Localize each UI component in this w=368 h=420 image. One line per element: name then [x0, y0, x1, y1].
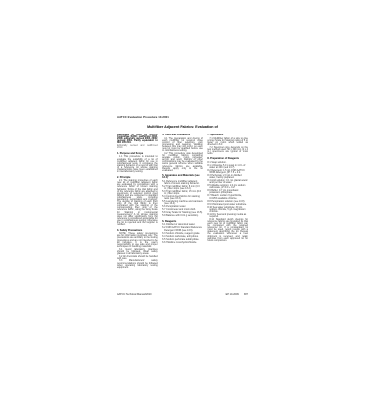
footer-right-group: EP 10-2009 387: [226, 294, 248, 297]
page-title: Multifiber Adjacent Fabrics: Evaluation …: [117, 125, 248, 129]
column-1: Developed in 2000 by AATCC Committee RA3…: [117, 134, 158, 284]
paragraph: 8.12 Standard depth dyeings for referenc…: [207, 219, 248, 242]
columns: Developed in 2000 by AATCC Committee RA3…: [117, 134, 248, 284]
list-item: 6.6 Histidine monohydrochloride.: [162, 242, 203, 244]
column-3: 7. Specimens7.1 Multifiber fabric of a s…: [207, 134, 248, 284]
paragraph: 2.1 The staining properties of each new …: [117, 180, 158, 226]
paragraph: 4.1 The preparation and dyeing of each m…: [162, 138, 203, 153]
paragraph: 1.1 This procedure is intended to evalua…: [117, 156, 158, 173]
list-item: 5.9 Balance with 0.01 g sensitivity.: [162, 215, 203, 217]
document-page: AATCC Evaluation Procedure 10-2001 Multi…: [117, 112, 248, 299]
document-reference-header: AATCC Evaluation Procedure 10-2001: [117, 116, 248, 119]
section-heading: 7. Specimens: [207, 134, 248, 136]
page-number: 387: [244, 294, 248, 297]
paragraph: 3.3 Manufacturers' safety recommendation…: [117, 260, 158, 268]
paragraph: 7.2 Specimen size depends on the test me…: [207, 147, 248, 155]
footer-document-ref: EP 10-2009: [226, 294, 239, 297]
page-footer: AATCC Technical Manual/2010 EP 10-2009 3…: [117, 294, 248, 297]
screenshot-canvas: AATCC Evaluation Procedure 10-2001 Multi…: [0, 0, 368, 420]
footer-manual-label: AATCC Technical Manual/2010: [117, 294, 152, 297]
history-note: Editorially revised and reaffirmed 2010.: [117, 145, 158, 149]
column-2: 4. Uses and Limitations4.1 The preparati…: [162, 134, 203, 284]
paragraph: 7.1 Multifiber fabric of a size to give …: [207, 138, 248, 146]
paragraph: NOTE: These safety precautions are for i…: [117, 233, 158, 248]
list-item: 8.10 Sea water substitute: 30 g/L sodium…: [207, 207, 248, 213]
paragraph: 4.2 This procedure was developed for mul…: [162, 153, 203, 172]
section-heading: 5. Apparatus and Materials (see 13.1): [162, 175, 203, 180]
paragraph: 3.1 Good laboratory practices should be …: [117, 249, 158, 255]
section-heading: 4. Uses and Limitations: [162, 134, 203, 136]
history-notice: Developed in 2000 by AATCC Committee RA3…: [117, 134, 158, 144]
